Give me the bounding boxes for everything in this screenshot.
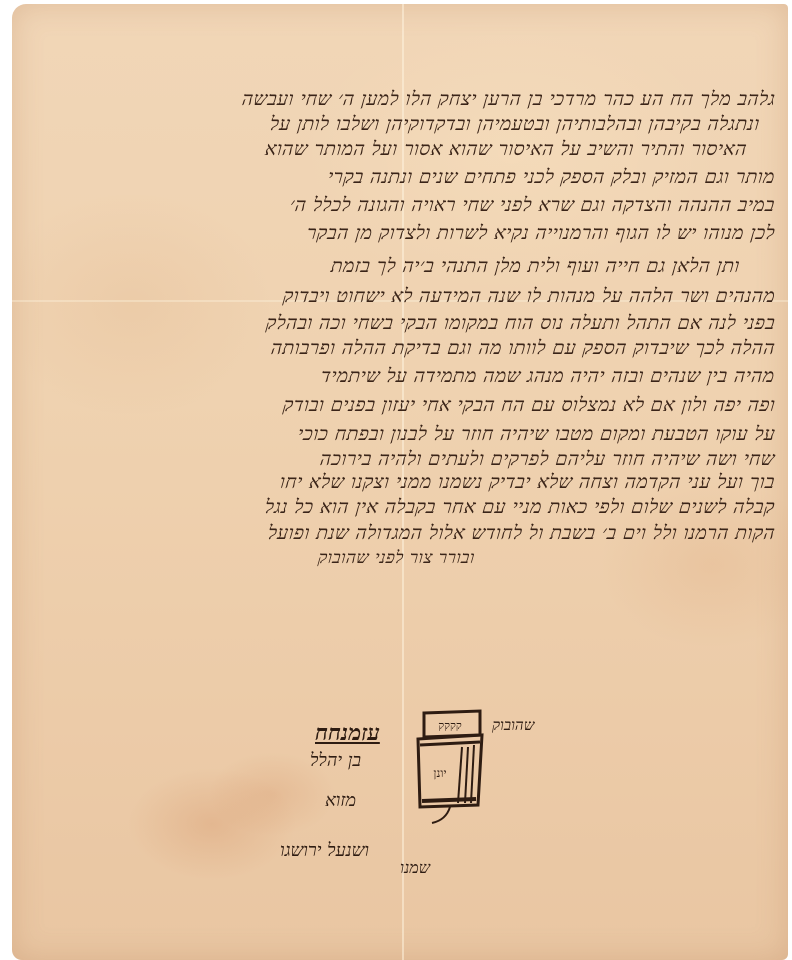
letter-line-3: האיסור והתיר והשיב על האיסור שהוא אסור ו…	[264, 138, 748, 161]
signature-block: עזמנחח בן יהלל מזוא ושנעל ירושגו שמנו קק…	[260, 700, 520, 900]
letter-line-17: הקות הרמנו ולל וים ב׳ בשבת ול לחודש אלול…	[267, 522, 777, 545]
letter-line-9: בפני לנה אם התהל ותעלה נוס הוח במקומו הב…	[265, 312, 776, 335]
letter-line-13: על עוקו הטבעת ומקום מטבו שיהיה חוזר על ל…	[297, 423, 777, 446]
letter-line-11: מהיה בין שנהים ובזה יהיה מנהג שמה מתמידה…	[320, 365, 776, 388]
letter-line-18: ובורר צור לפני שהובוק	[317, 548, 476, 568]
letter-line-6: לכן מנוהו יש לו הגוף והרמנוייה נקיא לשרו…	[306, 222, 776, 245]
letter-line-10: ההלה לכך שיבדוק הספק עם לוותו מה וגם בדי…	[270, 337, 777, 360]
signature-subline-3: ושנעל ירושגו	[280, 840, 369, 861]
drawn-seal-emblem: קקקק יונן	[410, 705, 490, 825]
letter-line-5: במיב ההנהה והצדקה וגם שרא לפני שחי ראויה…	[289, 194, 776, 217]
letter-line-12: ופה יפה ולון אם לא נמצלוס עם הח הבקי אחי…	[282, 394, 777, 417]
letter-line-8: מהנהים ושר הלהה על מנהות לו שנה המידעה ל…	[282, 285, 777, 308]
letter-line-2: ונתגלה בקיבהן ובהלבותיהן ובטעמיהן ובדקדו…	[269, 113, 761, 136]
signature-trailing-text: שמנו	[400, 858, 430, 878]
signature-name: עזמנחח	[315, 720, 380, 746]
seal-side-text: שהובוק	[492, 716, 534, 735]
letter-line-15: בוך ועל עני הקדמה וצחה שלא יבדיק נשמנו מ…	[279, 471, 776, 494]
letter-line-1: גלהב מלך הח הע כהר מרדכי בן הרען יצחק הל…	[241, 88, 777, 111]
signature-subline-2: מזוא	[325, 790, 356, 811]
letter-line-7: ותן הלאן גם חייה ועוף ולית מלן התנהי ב׳י…	[330, 255, 741, 278]
seal-top-text: קקקק	[438, 719, 462, 732]
signature-subline-1: בן יהלל	[310, 750, 361, 771]
letter-line-16: קבלה לשנים שלום ולפי כאות מניי עם אחר בק…	[264, 496, 776, 519]
letter-line-14: שחי ושה שיהיה חוזר עליהם לפרקים ולעתים ו…	[319, 448, 776, 471]
seal-bottom-text: יונן	[433, 766, 446, 780]
letter-line-4: מותר וגם המזיק ובלק הספק לכני פתחים שנים…	[327, 166, 776, 189]
